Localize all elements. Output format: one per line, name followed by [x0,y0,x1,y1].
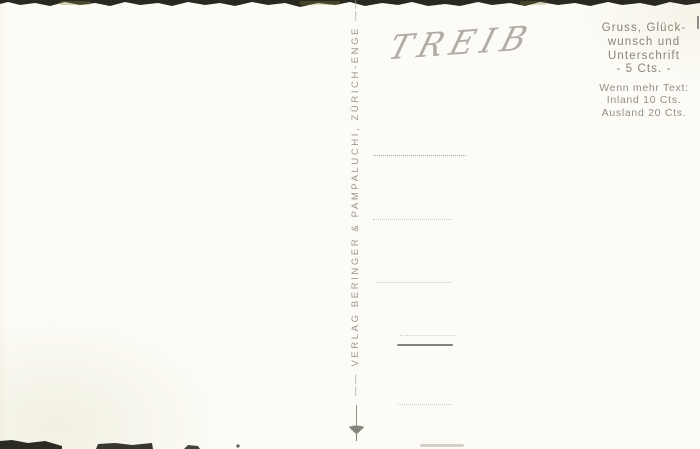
postcard-back: TREIB —— VERLAG BERINGER & PAMPALUCHI, Z… [0,0,700,449]
address-line [400,335,456,336]
aging-spot [300,1,340,5]
address-line [373,219,451,220]
extra-rate-group: Wenn mehr Text: Inland 10 Cts. Ausland 2… [592,82,696,119]
address-line-underline [397,344,453,346]
torn-edge-bottom-icon [0,440,62,449]
rate-notice-price: - 5 Cts. - [592,63,696,77]
address-line [398,404,451,405]
edge-smudge [420,444,464,447]
torn-edge-bottom-icon [184,445,200,449]
aging-spot [520,1,546,5]
extra-rate-line: Inland 10 Cts. [592,94,696,106]
aging-spot [60,1,90,5]
rate-notice-block: Gruss, Glück- wunsch und Unterschrift - … [592,22,696,119]
address-line [373,155,466,156]
rate-notice-line: wunsch und [592,36,696,50]
rate-notice-line: Gruss, Glück- [592,22,696,36]
edge-tick [697,16,699,29]
address-line [376,282,451,283]
torn-edge-bottom-icon [96,443,153,449]
extra-rate-line: Wenn mehr Text: [592,82,696,94]
printer-mark-icon [349,405,364,441]
edge-speck [236,444,239,447]
extra-rate-line: Ausland 20 Cts. [592,107,696,119]
publisher-imprint-divider: —— VERLAG BERINGER & PAMPALUCHI, ZÜRICH-… [350,24,364,396]
rate-notice-line: Unterschrift [592,50,696,64]
